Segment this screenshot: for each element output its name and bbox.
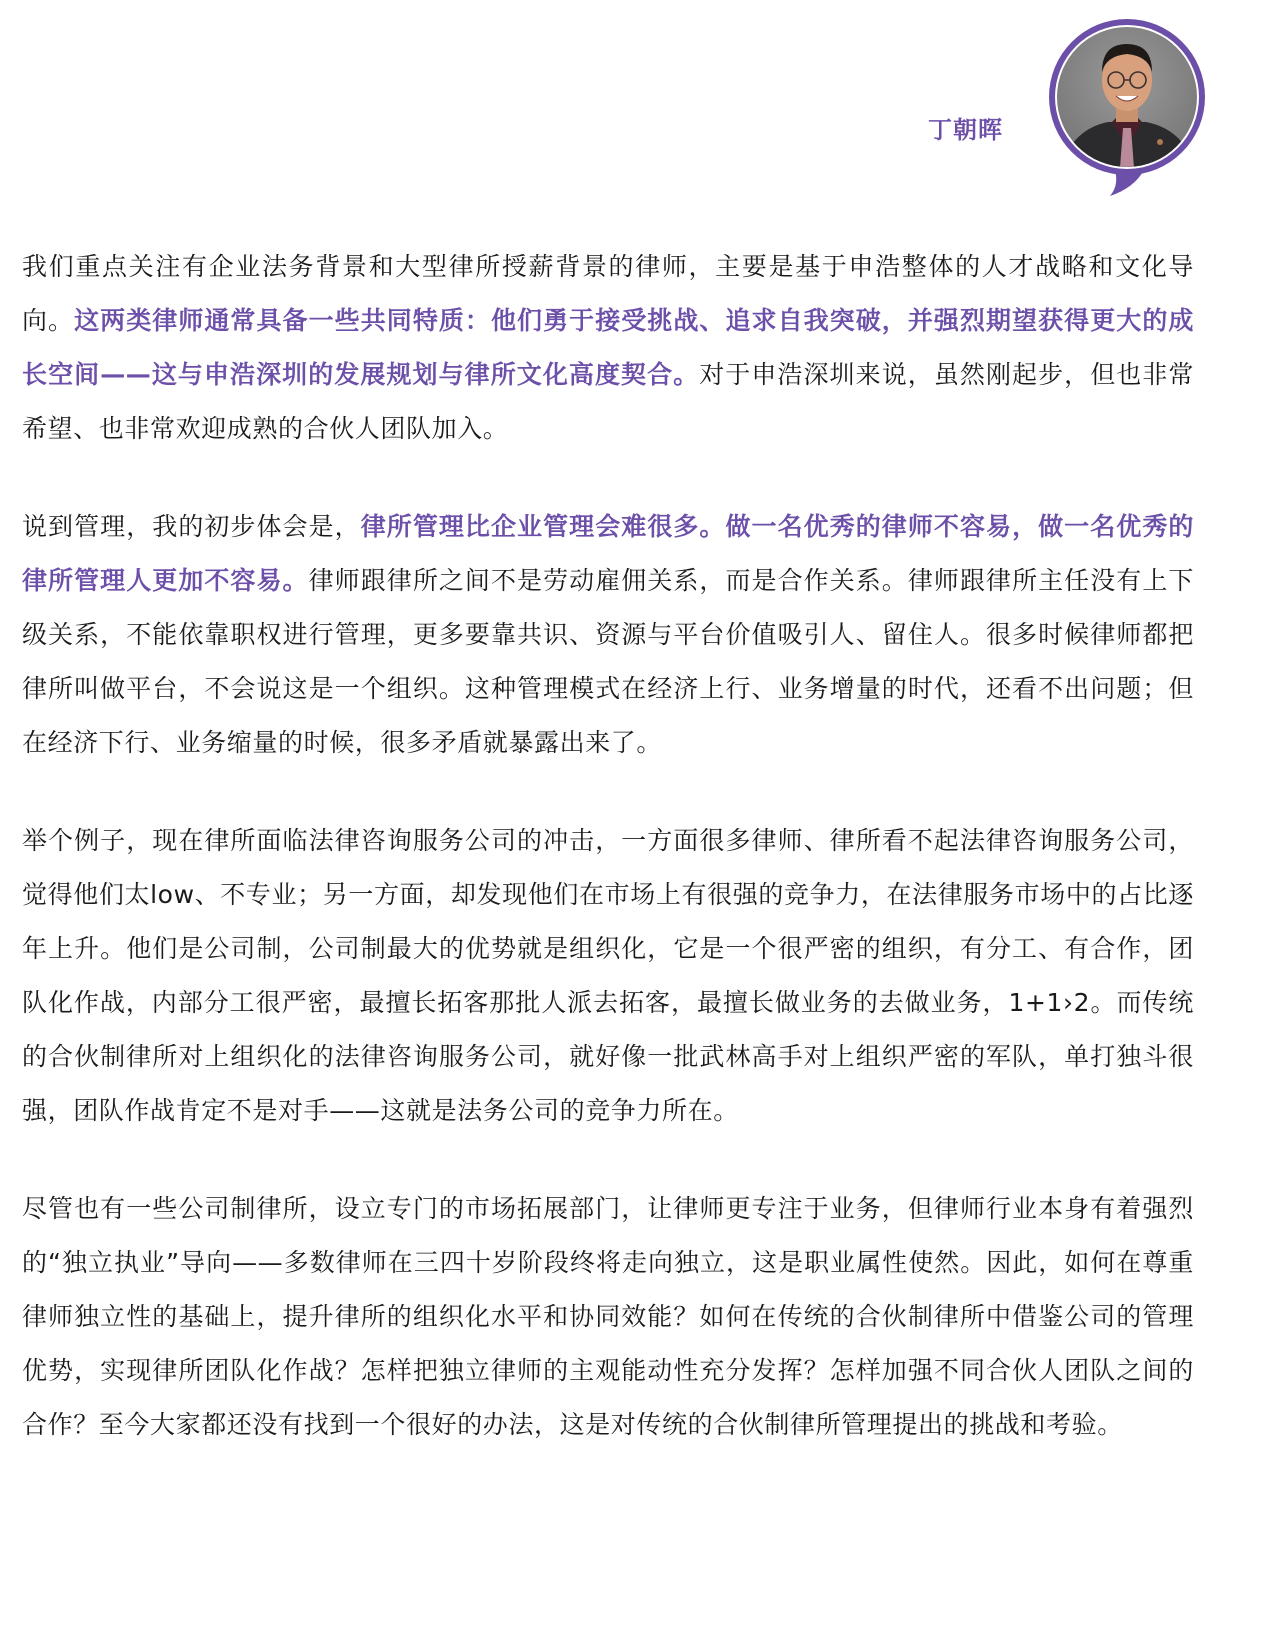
paragraph-3: 举个例子，现在律所面临法律咨询服务公司的冲击，一方面很多律师、律所看不起法律咨询… bbox=[22, 814, 1194, 1138]
paragraph-1: 我们重点关注有企业法务背景和大型律所授薪背景的律师，主要是基于申浩整体的人才战略… bbox=[22, 240, 1194, 456]
text-segment: 尽管也有一些公司制律所，设立专门的市场拓展部门，让律师更专注于业务，但律师行业本… bbox=[22, 1194, 1194, 1439]
paragraph-4: 尽管也有一些公司制律所，设立专门的市场拓展部门，让律师更专注于业务，但律师行业本… bbox=[22, 1182, 1194, 1452]
paragraph-2: 说到管理，我的初步体会是，律所管理比企业管理会难很多。做一名优秀的律师不容易，做… bbox=[22, 500, 1194, 770]
text-segment: 说到管理，我的初步体会是， bbox=[22, 512, 361, 541]
article-body: 我们重点关注有企业法务背景和大型律所授薪背景的律师，主要是基于申浩整体的人才战略… bbox=[22, 240, 1194, 1496]
speaker-header: 丁朝晖 bbox=[0, 0, 1268, 210]
speaker-name: 丁朝晖 bbox=[928, 110, 1003, 145]
text-segment: 举个例子，现在律所面临法律咨询服务公司的冲击，一方面很多律师、律所看不起法律咨询… bbox=[22, 826, 1194, 1125]
avatar bbox=[1048, 18, 1206, 198]
avatar-speech-bubble-icon bbox=[1048, 18, 1206, 198]
